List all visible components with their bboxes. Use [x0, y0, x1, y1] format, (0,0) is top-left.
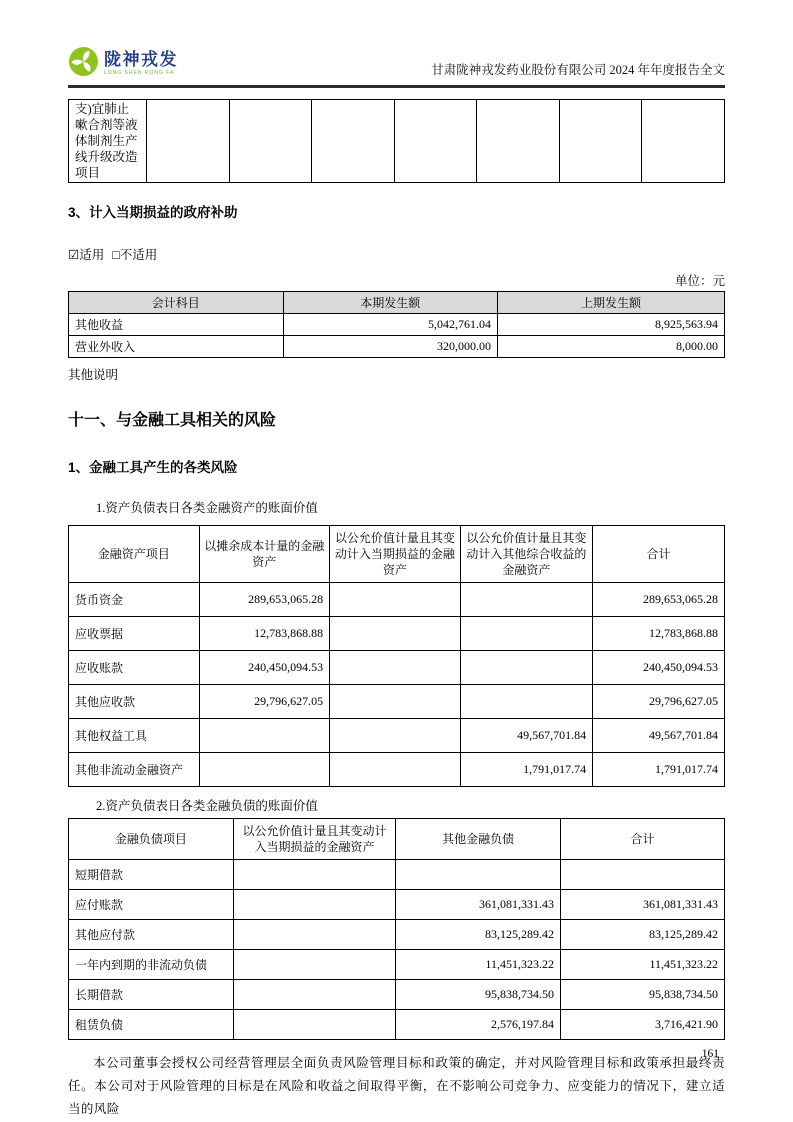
table-row: 短期借款: [69, 860, 725, 890]
amount-cell: 3,716,421.90: [560, 1010, 724, 1040]
column-header: 合计: [560, 819, 724, 860]
page-number: 161: [702, 1048, 719, 1060]
amount-cell: [233, 980, 396, 1010]
column-header: 会计科目: [69, 292, 284, 314]
amount-cell: 361,081,331.43: [560, 890, 724, 920]
risk-management-paragraph: 本公司董事会授权公司经营管理层全面负责风险管理目标和政策的确定，并对风险管理目标…: [68, 1052, 725, 1121]
table-row: 其他权益工具 49,567,701.84 49,567,701.84: [69, 719, 725, 753]
column-header: 其他金融负债: [396, 819, 561, 860]
amount-cell: 95,838,734.50: [396, 980, 561, 1010]
amount-cell: [330, 753, 461, 787]
column-header: 以公允价值计量且其变动计入当期损益的金融资产: [233, 819, 396, 860]
amount-cell: 12,783,868.88: [593, 617, 725, 651]
logo-text: 陇神戎发 LONG SHEN RONG FA: [104, 51, 187, 76]
amount-cell: [233, 1010, 396, 1040]
subject-cell: 营业外收入: [69, 336, 284, 358]
amount-cell: [233, 920, 396, 950]
financial-assets-table: 金融资产项目 以摊余成本计量的金融资产 以公允价值计量且其变动计入当期损益的金融…: [68, 525, 725, 787]
amount-cell: 5,042,761.04: [283, 314, 498, 336]
empty-cell: [147, 100, 230, 183]
table-row: 其他应付款 83,125,289.42 83,125,289.42: [69, 920, 725, 950]
subject-cell: 其他收益: [69, 314, 284, 336]
unit-label: 单位：元: [68, 271, 725, 289]
amount-cell: 289,653,065.28: [199, 583, 330, 617]
item-cell: 长期借款: [69, 980, 234, 1010]
subsidy-table: 会计科目 本期发生额 上期发生额 其他收益 5,042,761.04 8,925…: [68, 291, 725, 358]
item-cell: 租赁负债: [69, 1010, 234, 1040]
amount-cell: [233, 860, 396, 890]
table-row: 其他非流动金融资产 1,791,017.74 1,791,017.74: [69, 753, 725, 787]
amount-cell: [330, 719, 461, 753]
amount-cell: 361,081,331.43: [396, 890, 561, 920]
item-cell: 短期借款: [69, 860, 234, 890]
empty-cell: [229, 100, 312, 183]
table-row: 支)宜肺止嗽合剂等液体制剂生产线升级改造项目: [69, 100, 725, 183]
other-note: 其他说明: [68, 365, 725, 383]
amount-cell: [560, 860, 724, 890]
logo-name-en: LONG SHEN RONG FA: [104, 70, 174, 75]
carryover-project-table: 支)宜肺止嗽合剂等液体制剂生产线升级改造项目: [68, 99, 725, 183]
liabilities-table-caption: 2.资产负债表日各类金融负债的账面价值: [96, 796, 725, 814]
empty-cell: [312, 100, 395, 183]
empty-cell: [394, 100, 477, 183]
amount-cell: 8,925,563.94: [498, 314, 725, 336]
amount-cell: 1,791,017.74: [460, 753, 593, 787]
page-header: 陇神戎发 LONG SHEN RONG FA 甘肃陇神戎发药业股份有限公司 20…: [68, 46, 725, 88]
amount-cell: 12,783,868.88: [199, 617, 330, 651]
item-cell: 应收票据: [69, 617, 200, 651]
amount-cell: [233, 950, 396, 980]
empty-cell: [477, 100, 560, 183]
item-cell: 应收账款: [69, 651, 200, 685]
item-cell: 其他权益工具: [69, 719, 200, 753]
column-header: 合计: [593, 526, 725, 583]
amount-cell: 289,653,065.28: [593, 583, 725, 617]
amount-cell: [199, 719, 330, 753]
column-header: 金融资产项目: [69, 526, 200, 583]
item-cell: 货币资金: [69, 583, 200, 617]
table-header-row: 会计科目 本期发生额 上期发生额: [69, 292, 725, 314]
amount-cell: 49,567,701.84: [593, 719, 725, 753]
table-row: 其他收益 5,042,761.04 8,925,563.94: [69, 314, 725, 336]
report-page: 陇神戎发 LONG SHEN RONG FA 甘肃陇神戎发药业股份有限公司 20…: [0, 0, 793, 1122]
table-row: 应收票据 12,783,868.88 12,783,868.88: [69, 617, 725, 651]
table-row: 营业外收入 320,000.00 8,000.00: [69, 336, 725, 358]
column-header: 以摊余成本计量的金融资产: [199, 526, 330, 583]
amount-cell: 29,796,627.05: [199, 685, 330, 719]
amount-cell: [460, 651, 593, 685]
empty-cell: [642, 100, 725, 183]
amount-cell: 83,125,289.42: [396, 920, 561, 950]
table-header-row: 金融负债项目 以公允价值计量且其变动计入当期损益的金融资产 其他金融负债 合计: [69, 819, 725, 860]
column-header: 本期发生额: [283, 292, 498, 314]
amount-cell: 11,451,323.22: [560, 950, 724, 980]
not-applicable-checkbox: □不适用: [112, 248, 157, 262]
amount-cell: [460, 617, 593, 651]
column-header: 金融负债项目: [69, 819, 234, 860]
assets-table-caption: 1.资产负债表日各类金融资产的账面价值: [96, 498, 725, 516]
item-cell: 其他应收款: [69, 685, 200, 719]
amount-cell: [460, 583, 593, 617]
amount-cell: [330, 685, 461, 719]
table-row: 货币资金 289,653,065.28 289,653,065.28: [69, 583, 725, 617]
table-row: 租赁负债 2,576,197.84 3,716,421.90: [69, 1010, 725, 1040]
table-row: 应收账款 240,450,094.53 240,450,094.53: [69, 651, 725, 685]
item-cell: 应付账款: [69, 890, 234, 920]
amount-cell: 29,796,627.05: [593, 685, 725, 719]
amount-cell: [330, 583, 461, 617]
column-header: 以公允价值计量且其变动计入其他综合收益的金融资产: [460, 526, 593, 583]
table-row: 长期借款 95,838,734.50 95,838,734.50: [69, 980, 725, 1010]
amount-cell: [330, 617, 461, 651]
amount-cell: 49,567,701.84: [460, 719, 593, 753]
applicable-checkbox: ☑适用: [68, 248, 104, 262]
financial-liabilities-table: 金融负债项目 以公允价值计量且其变动计入当期损益的金融资产 其他金融负债 合计 …: [68, 818, 725, 1040]
amount-cell: [233, 890, 396, 920]
amount-cell: 83,125,289.42: [560, 920, 724, 950]
document-title: 甘肃陇神戎发药业股份有限公司 2024 年年度报告全文: [431, 60, 725, 81]
item-cell: 其他应付款: [69, 920, 234, 950]
amount-cell: 1,791,017.74: [593, 753, 725, 787]
table-header-row: 金融资产项目 以摊余成本计量的金融资产 以公允价值计量且其变动计入当期损益的金融…: [69, 526, 725, 583]
amount-cell: [460, 685, 593, 719]
risk-section-heading: 十一、与金融工具相关的风险: [68, 407, 725, 430]
empty-cell: [559, 100, 642, 183]
project-name-cell: 支)宜肺止嗽合剂等液体制剂生产线升级改造项目: [69, 100, 147, 183]
company-logo: 陇神戎发 LONG SHEN RONG FA: [68, 46, 187, 81]
amount-cell: [199, 753, 330, 787]
table-row: 应付账款 361,081,331.43 361,081,331.43: [69, 890, 725, 920]
amount-cell: 8,000.00: [498, 336, 725, 358]
item-cell: 其他非流动金融资产: [69, 753, 200, 787]
amount-cell: [396, 860, 561, 890]
amount-cell: 240,450,094.53: [593, 651, 725, 685]
column-header: 以公允价值计量且其变动计入当期损益的金融资产: [330, 526, 461, 583]
applicability-line: ☑适用□不适用: [68, 245, 725, 263]
amount-cell: 95,838,734.50: [560, 980, 724, 1010]
table-row: 一年内到期的非流动负债 11,451,323.22 11,451,323.22: [69, 950, 725, 980]
amount-cell: 320,000.00: [283, 336, 498, 358]
column-header: 上期发生额: [498, 292, 725, 314]
amount-cell: 2,576,197.84: [396, 1010, 561, 1040]
subsidy-heading: 3、计入当期损益的政府补助: [68, 201, 725, 221]
item-cell: 一年内到期的非流动负债: [69, 950, 234, 980]
logo-name-cn: 陇神戎发: [104, 51, 187, 68]
amount-cell: [330, 651, 461, 685]
table-row: 其他应收款 29,796,627.05 29,796,627.05: [69, 685, 725, 719]
pinwheel-logo-icon: [68, 46, 99, 81]
risk-sub-heading: 1、金融工具产生的各类风险: [68, 456, 725, 476]
amount-cell: 240,450,094.53: [199, 651, 330, 685]
amount-cell: 11,451,323.22: [396, 950, 561, 980]
